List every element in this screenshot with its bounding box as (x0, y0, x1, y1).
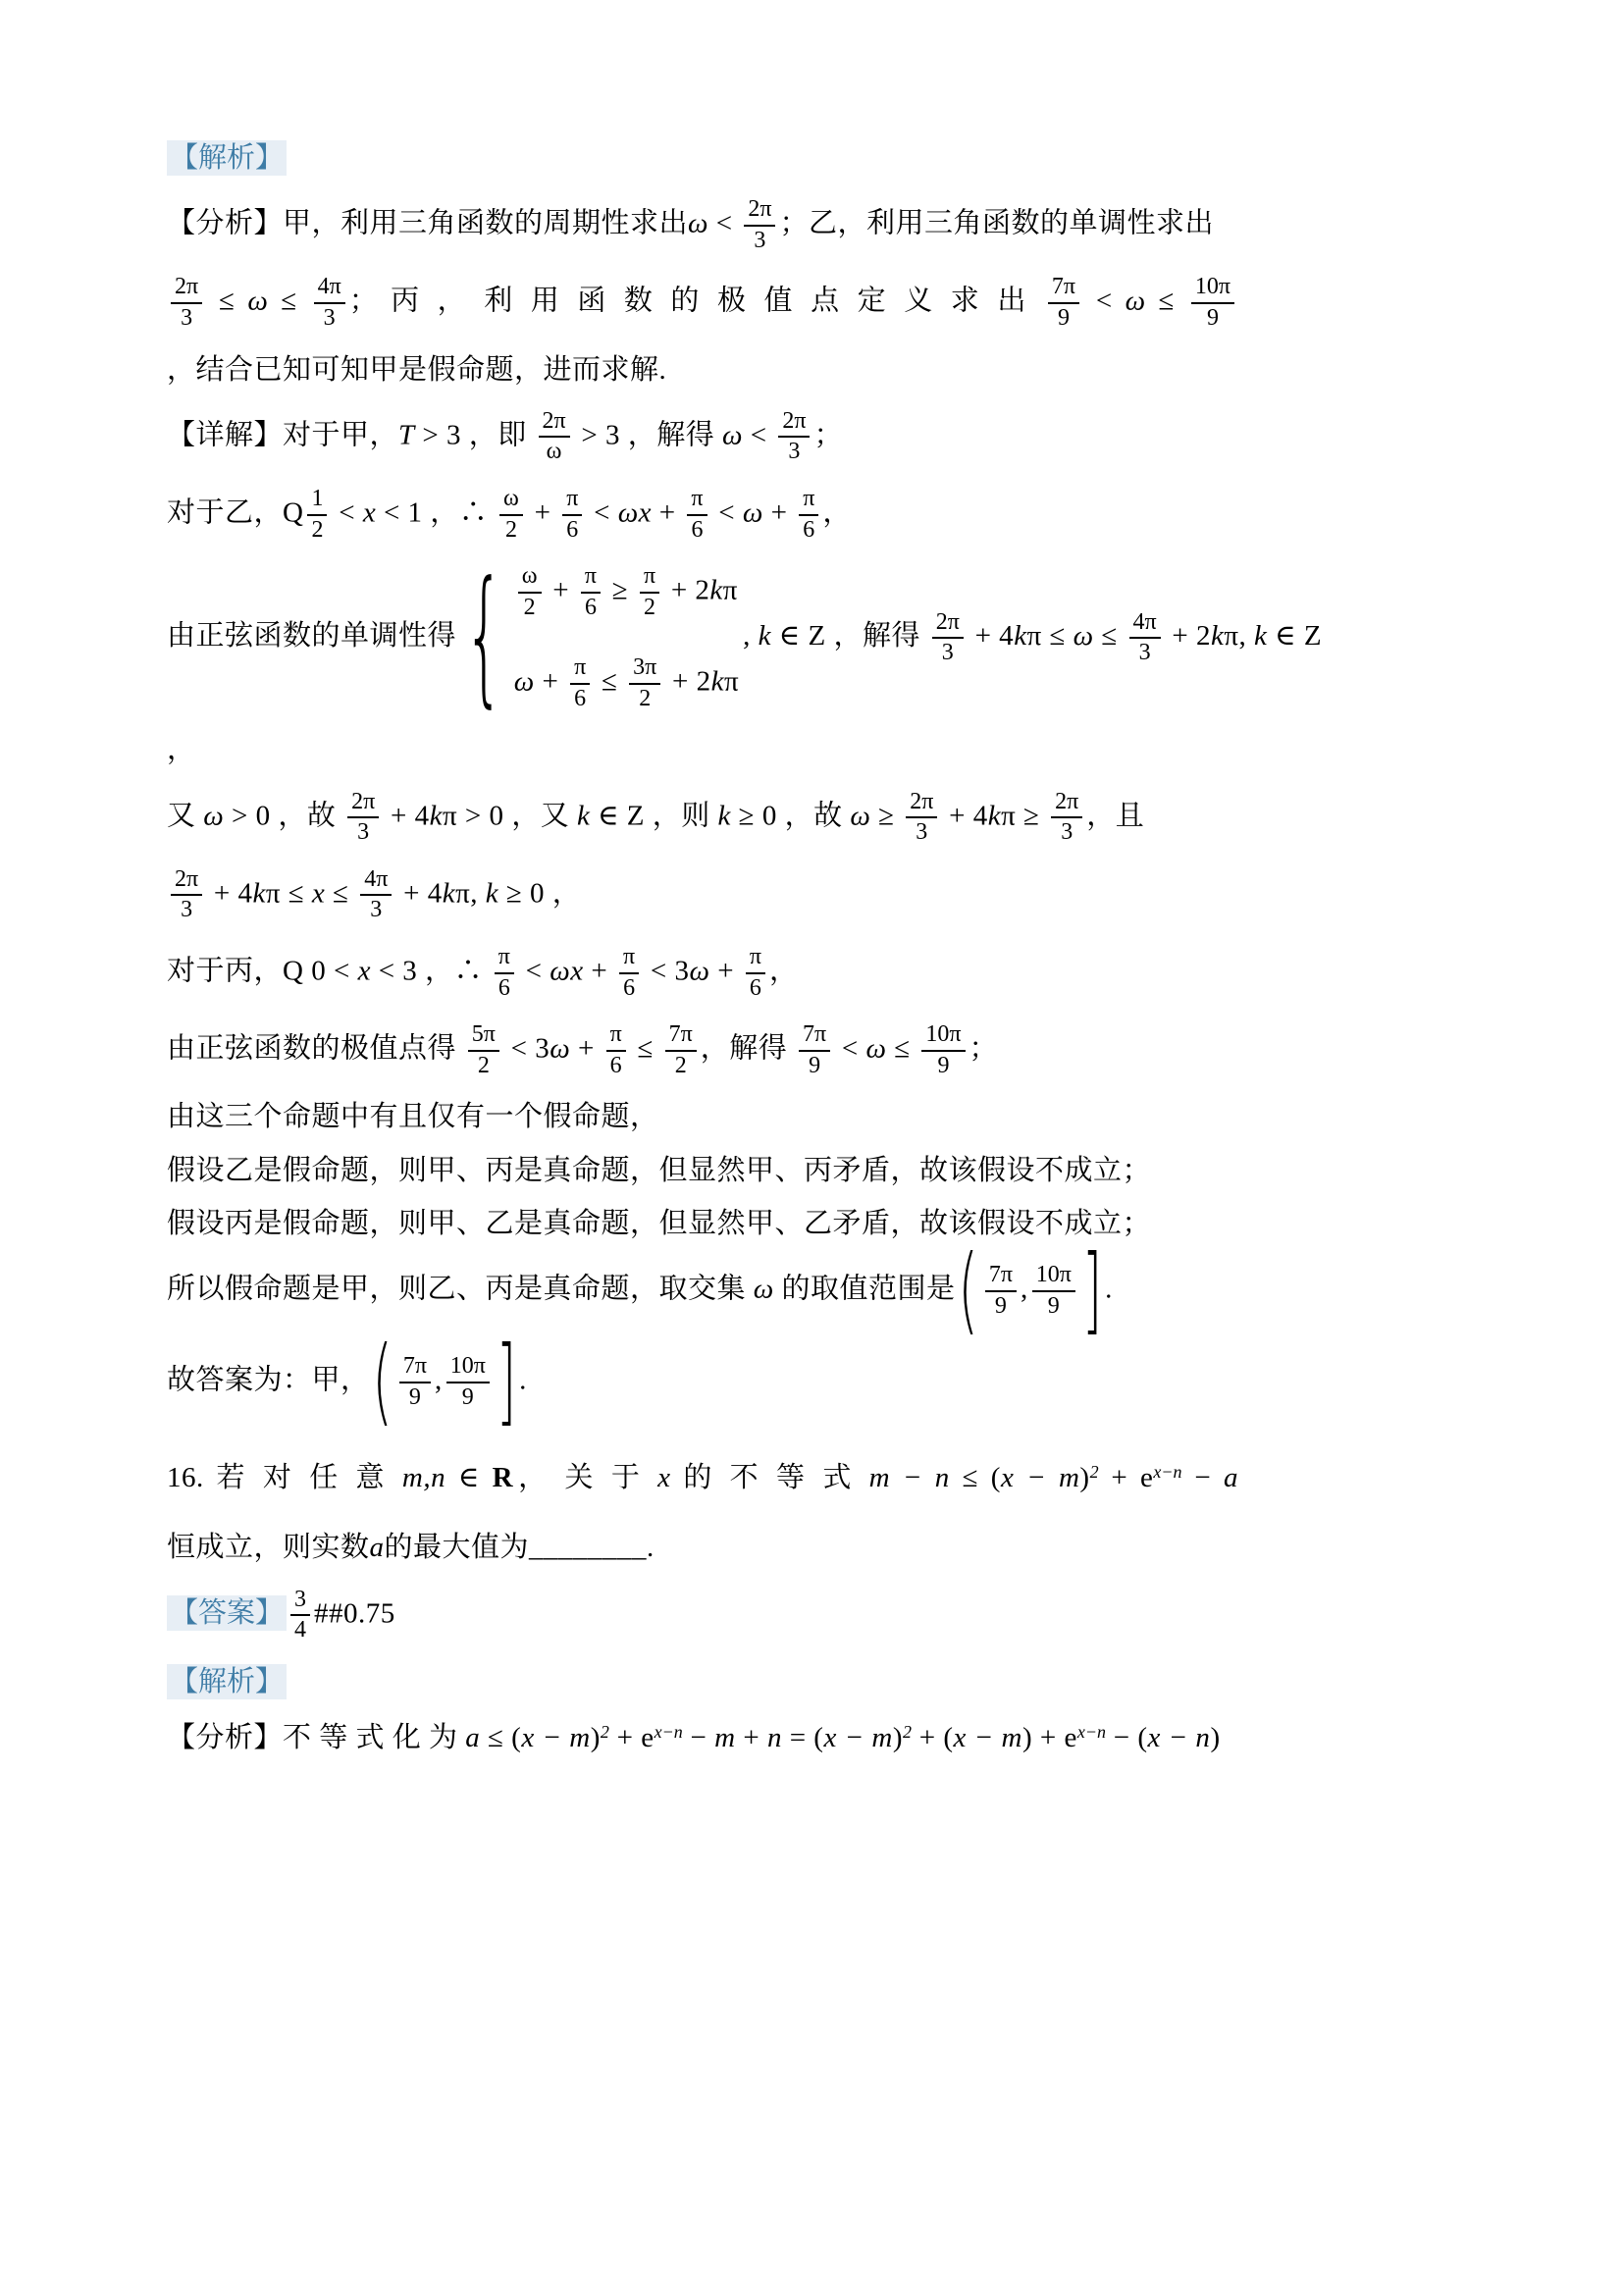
text-run: + (546, 574, 577, 605)
fraction-numerator: 7π (985, 1262, 1017, 1292)
text-run: ， (822, 496, 852, 528)
fraction-denominator: 6 (566, 516, 578, 545)
math-run: k (430, 800, 443, 831)
math-run: k (709, 574, 722, 605)
text-run: < (834, 1032, 865, 1064)
fraction-denominator: 9 (1048, 1292, 1060, 1321)
text-run: π > 0 ，又 (443, 800, 577, 831)
math-run: x (358, 955, 371, 986)
fraction-denominator: ω (547, 438, 562, 466)
fraction-denominator: 2 (644, 594, 655, 622)
fraction-denominator: 6 (610, 1052, 622, 1080)
text-run: ≤ (1094, 620, 1126, 652)
math-run: k (988, 800, 1001, 831)
text-run: 由这三个命题中有且仅有一个假命题， (167, 1101, 659, 1132)
math-fraction: π6 (495, 944, 514, 1002)
fraction-numerator: 5π (468, 1021, 499, 1052)
text-run: < 1 ，∴ (376, 496, 496, 528)
math-fraction: 2π3 (171, 866, 202, 924)
text-run: , (1021, 1273, 1028, 1304)
system-rows: ω2 + π6 ≥ π2 + 2kπω + π6 ≤ 3π2 + 2kπ (514, 561, 739, 714)
bold-run: R (493, 1462, 513, 1493)
text-run: + 4 (968, 620, 1014, 652)
text-run: ≤ (268, 286, 309, 317)
math-run: x − m (823, 1722, 892, 1753)
fraction-numerator: 2π (932, 609, 964, 640)
fraction-denominator: 6 (750, 974, 761, 1003)
math-run: x (363, 496, 376, 528)
math-fraction: 2π3 (744, 196, 775, 254)
superscript: x−n (1153, 1462, 1181, 1482)
math-fraction: 4π3 (1129, 609, 1161, 667)
document-page: 【解析】【分析】甲，利用三角函数的周期性求出ω < 2π3；乙，利用三角函数的单… (0, 0, 1623, 1758)
text-run: > 0 ，故 (224, 800, 343, 831)
math-run: ω (689, 955, 709, 986)
equation-system: {ω2 + π6 ≥ π2 + 2kπω + π6 ≤ 3π2 + 2kπ (464, 561, 739, 714)
text-run: 假设丙是假命题，则甲、乙是真命题，但显然甲、乙矛盾，故该假设不成立； (167, 1208, 1151, 1239)
math-fraction: 7π9 (1048, 274, 1079, 332)
math-run: ω (1073, 620, 1094, 652)
text-run: + (763, 496, 795, 528)
text-run: 故答案为：甲， (167, 1364, 370, 1395)
fraction-numerator: 4π (1129, 609, 1161, 640)
fraction-numerator: π (495, 944, 514, 974)
superscript: 2 (1090, 1462, 1099, 1482)
section-label: 【答案】 (167, 1595, 287, 1631)
fraction-denominator: 9 (937, 1052, 949, 1080)
text-run: ，结合已知可知甲是假命题，进而求解. (167, 354, 666, 386)
math-fraction: 10π9 (1032, 1262, 1075, 1320)
text-run: ≥ (870, 800, 902, 831)
fraction-numerator: 3 (290, 1587, 310, 1617)
fraction-denominator: 3 (754, 227, 765, 255)
fraction-numerator: 7π (665, 1021, 697, 1052)
text-run: ， (167, 734, 196, 765)
text-run: 【分析】不 等 式 化 为 (167, 1722, 465, 1753)
final-answer-line: 故答案为：甲，(7π9,10π9]. (167, 1351, 1238, 1413)
text-run: > 3 ，即 (415, 419, 535, 450)
text-run: + ( (912, 1722, 954, 1753)
math-fraction: ω2 (518, 563, 542, 621)
text-run: + (736, 1722, 767, 1753)
math-fraction: 2π3 (171, 274, 202, 332)
text-run: ，且 (1086, 800, 1144, 831)
text-run: + 2 (663, 574, 709, 605)
text-run: ≥ 0 ，故 (731, 800, 850, 831)
analysis-16-line: 【分析】不 等 式 化 为 a ≤ (x − m)2 + ex−n − m + … (167, 1718, 1238, 1758)
math-run: x − m (954, 1722, 1022, 1753)
fraction-numerator: 2π (539, 408, 570, 439)
math-run: x (657, 1462, 670, 1493)
math-fraction: 10π9 (921, 1021, 965, 1079)
detail-line-comma: ， (167, 730, 1238, 770)
fraction-numerator: 10π (446, 1353, 490, 1383)
fraction-numerator: 7π (1048, 274, 1079, 304)
math-fraction: 12 (307, 486, 327, 544)
math-run: k (1014, 620, 1026, 652)
text-run: < (1083, 286, 1126, 317)
question-16: 16. 若 对 任 意 m,n ∈ R， 关 于 x 的 不 等 式 m − n… (167, 1458, 1238, 1498)
fraction-denominator: 2 (524, 594, 536, 622)
text-run: 所以假命题是甲，则乙、丙是真命题，取交集 (167, 1273, 754, 1304)
text-run: ≥ (604, 574, 636, 605)
math-fraction: π6 (687, 486, 707, 544)
text-run: ≤ (325, 877, 356, 909)
math-run: k (1254, 620, 1267, 652)
math-run: x (312, 877, 325, 909)
fraction-numerator: 2π (1051, 789, 1082, 819)
fraction-denominator: 3 (324, 304, 336, 333)
math-fraction: 10π9 (446, 1353, 490, 1411)
analysis-line-3: ，结合已知可知甲是假命题，进而求解. (167, 350, 1238, 391)
math-run: ω (850, 800, 870, 831)
math-run: ω (247, 286, 268, 317)
math-run: x − m (521, 1722, 590, 1753)
text-run: ##0.75 (314, 1597, 395, 1629)
math-fraction: 5π2 (468, 1021, 499, 1079)
math-fraction: 2π3 (778, 408, 810, 466)
math-fraction: π6 (799, 486, 818, 544)
fraction-numerator: π (799, 486, 818, 516)
text-run: ； 丙 ， 利 用 函 数 的 极 值 点 定 义 求 出 (349, 286, 1044, 317)
math-run: k (1211, 620, 1224, 652)
text-run: ≤ (206, 286, 247, 317)
text-run: ) (1079, 1462, 1089, 1493)
fraction-denominator: 6 (498, 974, 510, 1003)
math-run: T (398, 419, 415, 450)
superscript: x−n (1077, 1722, 1106, 1742)
text-run: ≤ ( (950, 1462, 1001, 1493)
math-run: ω (688, 207, 708, 238)
fraction-denominator: 2 (311, 516, 323, 545)
math-run: ω (866, 1032, 887, 1064)
math-run: ω (1126, 286, 1146, 317)
question-16-line-2: 恒成立，则实数a的最大值为________. (167, 1528, 1238, 1568)
text-run: 的最大值为________. (385, 1532, 654, 1563)
text-run: − ( (1106, 1722, 1148, 1753)
fraction-numerator: ω (518, 563, 542, 594)
text-run: ≤ (630, 1032, 661, 1064)
fraction-denominator: 3 (181, 896, 192, 924)
text-run: + 2 (664, 666, 710, 698)
text-run: < (518, 955, 550, 986)
math-fraction: π6 (570, 654, 590, 712)
text-run: < (743, 419, 774, 450)
text-run: + 2 (1165, 620, 1211, 652)
text-run: π (724, 666, 739, 698)
text-run: − (1182, 1462, 1224, 1493)
math-fraction: 2π3 (1051, 789, 1082, 847)
section-label-jiexi-1: 【解析】 (167, 138, 1238, 179)
text-run: π, (1224, 620, 1254, 652)
text-run: ≤ (1146, 286, 1187, 317)
text-run: < (586, 496, 617, 528)
fraction-numerator: π (619, 944, 639, 974)
fraction-numerator: 7π (399, 1353, 431, 1383)
text-run: ) (591, 1722, 601, 1753)
math-run: ωx (618, 496, 652, 528)
analysis-line-1: 【分析】甲，利用三角函数的周期性求出ω < 2π3；乙，利用三角函数的单调性求出 (167, 194, 1238, 256)
text-run: > 3 ，解得 (574, 419, 722, 450)
text-run: π ≤ (266, 877, 312, 909)
text-run: , (435, 1364, 443, 1395)
math-fraction: 2π3 (347, 789, 379, 847)
text-run: + (570, 1032, 602, 1064)
text-run: ；乙，利用三角函数的单调性求出 (779, 207, 1214, 238)
fraction-denominator: 3 (357, 818, 369, 847)
fraction-numerator: π (640, 563, 659, 594)
text-run: 假设乙是假命题，则甲、丙是真命题，但显然甲、丙矛盾，故该假设不成立； (167, 1155, 1151, 1186)
detail-line-x-range: 2π3 + 4kπ ≤ x ≤ 4π3 + 4kπ, k ≥ 0 ， (167, 864, 1238, 926)
conclusion-line-4: 所以假命题是甲，则乙、丙是真命题，取交集 ω 的取值范围是(7π9,10π9]. (167, 1260, 1238, 1322)
text-run: 【分析】甲，利用三角函数的周期性求出 (167, 207, 688, 238)
fraction-numerator: 2π (171, 274, 202, 304)
fraction-numerator: π (581, 563, 601, 594)
math-run: k (577, 800, 590, 831)
math-fraction: π2 (640, 563, 659, 621)
detail-line-extreme: 由正弦函数的极值点得 5π2 < 3ω + π6 ≤ 7π2，解得 7π9 < … (167, 1019, 1238, 1081)
text-run: ≤ (594, 666, 625, 698)
text-run: < 3 ，∴ (371, 955, 491, 986)
fraction-numerator: 2π (171, 866, 202, 897)
text-run: 【详解】对于甲， (167, 419, 398, 450)
fraction-numerator: 4π (360, 866, 392, 897)
fraction-numerator: 10π (1191, 274, 1234, 304)
fraction-numerator: π (562, 486, 582, 516)
math-fraction: 4π3 (314, 274, 345, 332)
math-run: ω (743, 496, 763, 528)
text-run: 的 不 等 式 (671, 1462, 869, 1493)
fraction-denominator: 9 (409, 1383, 421, 1412)
fraction-denominator: 6 (803, 516, 814, 545)
fraction-numerator: π (606, 1021, 626, 1052)
text-run: < (331, 496, 362, 528)
fraction-numerator: 2π (906, 789, 937, 819)
fraction-denominator: 9 (1207, 304, 1219, 333)
text-run: < 3 (503, 1032, 550, 1064)
conclusion-line-1: 由这三个命题中有且仅有一个假命题， (167, 1097, 1238, 1137)
math-run: x − n (1147, 1722, 1210, 1753)
text-run: ； (813, 419, 843, 450)
text-run: 恒成立，则实数 (167, 1532, 370, 1563)
math-run: m,n (402, 1462, 445, 1493)
text-run: + (584, 955, 615, 986)
superscript: 2 (601, 1722, 609, 1742)
fraction-numerator: 7π (799, 1021, 830, 1052)
math-fraction: π6 (581, 563, 601, 621)
text-run: ， (769, 955, 799, 986)
fraction-denominator: 3 (788, 438, 800, 466)
text-run: + e (609, 1722, 654, 1753)
math-run: n (767, 1722, 782, 1753)
text-run: . (519, 1364, 527, 1395)
math-run: ω (722, 419, 743, 450)
math-fraction: 7π9 (799, 1021, 830, 1079)
text-run: 对于丙，Q 0 < (167, 955, 358, 986)
text-run: < 3 (643, 955, 689, 986)
math-fraction: 3π2 (629, 654, 660, 712)
math-run: k (443, 877, 455, 909)
detail-line-yi: 对于乙，Q12 < x < 1 ，∴ ω2 + π6 < ωx + π6 < ω… (167, 484, 1238, 546)
text-run: 对于乙，Q (167, 496, 303, 528)
text-run: , (743, 620, 759, 652)
text-run: ； (969, 1032, 999, 1064)
math-run: k (711, 666, 724, 698)
text-run: + 4 (383, 800, 429, 831)
text-run: + (709, 955, 741, 986)
math-fraction: π6 (606, 1021, 626, 1079)
math-fraction: 2πω (539, 408, 570, 466)
math-fraction: π6 (562, 486, 582, 544)
detail-line-bing: 对于丙，Q 0 < x < 3 ，∴ π6 < ωx + π6 < 3ω + π… (167, 942, 1238, 1004)
text-run: ≤ (887, 1032, 918, 1064)
fraction-denominator: 6 (691, 516, 703, 545)
text-run: 由正弦函数的单调性得 (167, 620, 456, 652)
fraction-denominator: 3 (916, 818, 927, 847)
fraction-denominator: 6 (623, 974, 635, 1003)
text-run: ) + e (1022, 1722, 1077, 1753)
math-run: m − n (869, 1462, 950, 1493)
math-fraction: 2π3 (932, 609, 964, 667)
text-run: ≤ ( (480, 1722, 521, 1753)
text-run: = ( (782, 1722, 824, 1753)
text-run: ∈ (445, 1462, 493, 1493)
text-run: − (683, 1722, 714, 1753)
text-run: < (711, 496, 743, 528)
fraction-denominator: 9 (809, 1052, 820, 1080)
math-fraction: π6 (619, 944, 639, 1002)
math-run: a (1224, 1462, 1238, 1493)
conclusion-line-3: 假设丙是假命题，则甲、乙是真命题，但显然甲、乙矛盾，故该假设不成立； (167, 1204, 1238, 1244)
conclusion-line-2: 假设乙是假命题，则甲、丙是真命题，但显然甲、丙矛盾，故该假设不成立； (167, 1151, 1238, 1191)
fraction-denominator: 2 (505, 516, 517, 545)
text-run: + 4 (206, 877, 252, 909)
fraction-numerator: 10π (921, 1021, 965, 1052)
fraction-numerator: π (570, 654, 590, 685)
fraction-denominator: 2 (478, 1052, 490, 1080)
detail-line-jia: 【详解】对于甲，T > 3 ，即 2πω > 3 ，解得 ω < 2π3； (167, 406, 1238, 468)
fraction-denominator: 3 (181, 304, 192, 333)
fraction-denominator: 9 (1058, 304, 1070, 333)
math-fraction: 7π9 (399, 1353, 431, 1411)
math-fraction: 2π3 (906, 789, 937, 847)
text-run: π ≥ (1001, 800, 1047, 831)
fraction-denominator: 2 (639, 685, 651, 713)
math-run: a (465, 1722, 480, 1753)
text-run: ，解得 (701, 1032, 795, 1064)
math-fraction: ω2 (499, 486, 523, 544)
superscript: x−n (654, 1722, 683, 1742)
text-run: ∈ Z ，则 (590, 800, 717, 831)
text-run: . (1105, 1273, 1113, 1304)
fraction-denominator: 3 (942, 639, 954, 667)
math-run: ω (754, 1273, 774, 1304)
text-run: + 4 (941, 800, 987, 831)
text-run: π, (455, 877, 486, 909)
section-label: 【解析】 (167, 140, 287, 176)
fraction-denominator: 4 (294, 1616, 306, 1644)
system-row: ω2 + π6 ≥ π2 + 2kπ (514, 561, 739, 623)
text-run: π (723, 574, 738, 605)
detail-line-cases: 由正弦函数的单调性得{ω2 + π6 ≥ π2 + 2kπω + π6 ≤ 3π… (167, 561, 1238, 714)
text-run: 的取值范围是 (774, 1273, 956, 1304)
text-run: 由正弦函数的极值点得 (167, 1032, 464, 1064)
math-run: m (714, 1722, 735, 1753)
math-run: ω (203, 800, 224, 831)
document-content: 【解析】【分析】甲，利用三角函数的周期性求出ω < 2π3；乙，利用三角函数的单… (167, 138, 1238, 1758)
fraction-numerator: π (746, 944, 765, 974)
fraction-denominator: 6 (585, 594, 597, 622)
fraction-denominator: 9 (995, 1292, 1007, 1321)
fraction-denominator: 9 (462, 1383, 474, 1412)
text-run: π ≤ (1027, 620, 1073, 652)
fraction-denominator: 3 (370, 896, 382, 924)
math-run: ω (550, 1032, 570, 1064)
math-run: k (486, 877, 498, 909)
fraction-numerator: π (687, 486, 707, 516)
math-run: ωx (550, 955, 583, 986)
text-run: + 4 (395, 877, 442, 909)
math-fraction: 34 (290, 1587, 310, 1644)
math-run: k (759, 620, 771, 652)
text-run: 16. 若 对 任 意 (167, 1462, 402, 1493)
text-run: ∈ Z ，解得 (771, 620, 928, 652)
fraction-numerator: 2π (778, 408, 810, 439)
section-label: 【解析】 (167, 1664, 287, 1699)
fraction-numerator: 3π (629, 654, 660, 685)
text-run: < (708, 207, 740, 238)
fraction-numerator: 2π (347, 789, 379, 819)
fraction-denominator: 3 (1061, 818, 1073, 847)
math-run: ω (514, 666, 535, 698)
math-fraction: 4π3 (360, 866, 392, 924)
fraction-denominator: 3 (1139, 639, 1151, 667)
text-run: 又 (167, 800, 203, 831)
section-label-jiexi-2: 【解析】 (167, 1662, 1238, 1702)
math-fraction: π6 (746, 944, 765, 1002)
fraction-denominator: 2 (675, 1052, 687, 1080)
system-row: ω + π6 ≤ 3π2 + 2kπ (514, 652, 739, 714)
math-fraction: 10π9 (1191, 274, 1234, 332)
fraction-numerator: ω (499, 486, 523, 516)
text-run: + (652, 496, 683, 528)
text-run: ) (893, 1722, 903, 1753)
text-run: ) (1210, 1722, 1220, 1753)
math-run: k (718, 800, 731, 831)
text-run: ≥ 0 ， (498, 877, 581, 909)
text-run: + e (1099, 1462, 1154, 1493)
fraction-denominator: 6 (574, 685, 586, 713)
fraction-numerator: 1 (307, 486, 327, 516)
fraction-numerator: 2π (744, 196, 775, 227)
text-run: + (535, 666, 566, 698)
math-fraction: 7π9 (985, 1262, 1017, 1320)
answer-label-line: 【答案】34##0.75 (167, 1585, 1238, 1646)
text-run: ， 关 于 (513, 1462, 657, 1493)
fraction-numerator: 10π (1032, 1262, 1075, 1292)
math-run: x − m (1001, 1462, 1079, 1493)
text-run: ∈ Z (1267, 620, 1322, 652)
math-run: a (370, 1532, 385, 1563)
detail-line-omega-positive: 又 ω > 0 ，故 2π3 + 4kπ > 0 ，又 k ∈ Z ，则 k ≥… (167, 787, 1238, 849)
text-run: + (527, 496, 558, 528)
math-fraction: 7π2 (665, 1021, 697, 1079)
fraction-numerator: 4π (314, 274, 345, 304)
superscript: 2 (903, 1722, 912, 1742)
math-run: k (252, 877, 265, 909)
analysis-line-2: 2π3 ≤ ω ≤ 4π3； 丙 ， 利 用 函 数 的 极 值 点 定 义 求… (167, 272, 1238, 334)
